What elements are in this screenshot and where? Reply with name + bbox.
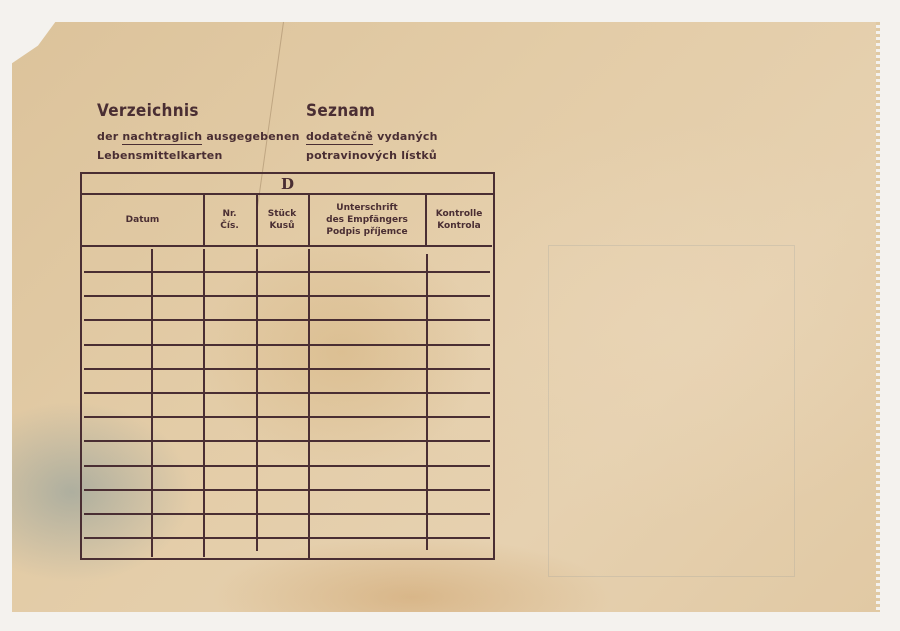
row-separator (84, 537, 490, 539)
heading-czech: Seznam (306, 101, 375, 121)
subtitle-german-line2: Lebensmittelkarten (97, 149, 222, 162)
body-divider (426, 254, 428, 550)
header-divider (203, 195, 205, 247)
subtitle-german-line1: der nachtraglich ausgegebenen (97, 130, 300, 143)
subtitle-czech-underlined: dodatečně (306, 130, 373, 145)
heading-german: Verzeichnis (97, 101, 199, 121)
row-separator (84, 416, 490, 418)
column-header-datum: Datum (82, 195, 203, 247)
row-separator (84, 513, 490, 515)
subtitle-czech-suffix: vydaných (377, 130, 438, 143)
row-separator (84, 489, 490, 491)
column-header-nr: Nr. Čís. (203, 195, 256, 247)
header-divider (308, 195, 310, 247)
subtitle-german-underlined: nachtraglich (122, 130, 202, 145)
section-letter-row: D (82, 174, 493, 195)
row-separator (84, 319, 490, 321)
row-separator (84, 465, 490, 467)
row-separator (84, 440, 490, 442)
ration-card-table: D Datum Nr. Čís. Stück Kusů Unterschrift… (80, 172, 495, 560)
column-header-kontrolle: Kontrolle Kontrola (426, 195, 492, 247)
row-separator (84, 271, 490, 273)
header-divider (256, 195, 258, 247)
row-separator (84, 392, 490, 394)
row-separator (84, 295, 490, 297)
subtitle-german-suffix: ausgegebenen (206, 130, 299, 143)
subtitle-german-prefix: der (97, 130, 118, 143)
subtitle-czech-line2: potravinových lístků (306, 149, 437, 162)
bleed-through-print (548, 245, 795, 577)
header-divider (425, 195, 427, 247)
row-separator (84, 344, 490, 346)
column-header-stueck: Stück Kusů (256, 195, 308, 247)
column-header-unterschrift: Unterschrift des Empfängers Podpis příje… (308, 195, 426, 247)
subtitle-czech-line1: dodatečně vydaných (306, 130, 438, 143)
perforated-edge (876, 22, 880, 612)
row-separator (84, 368, 490, 370)
